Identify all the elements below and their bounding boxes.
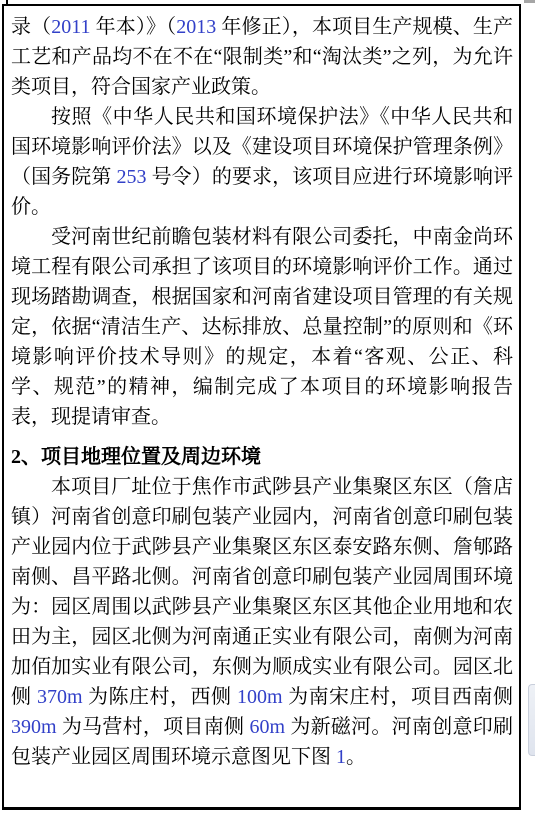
numeric-text: 60m (250, 716, 286, 738)
text-run: 受河南世纪前瞻包装材料有限公司委托，中南金尚环境工程有限公司承担了该项目的环境影… (11, 226, 513, 428)
paragraph: 录（2011 年本）》（2013 年修正），本项目生产规模、生产工艺和产品均不在… (11, 12, 513, 102)
text-run: 本项目厂址位于焦作市武陟县产业集聚区东区（詹店镇）河南省创意印刷包装产业园内，河… (11, 476, 513, 708)
numeric-text: 390m (11, 716, 57, 738)
report-table-cell: 录（2011 年本）》（2013 年修正），本项目生产规模、生产工艺和产品均不在… (2, 4, 521, 810)
paragraph: 本项目厂址位于焦作市武陟县产业集聚区东区（詹店镇）河南省创意印刷包装产业园内，河… (11, 472, 513, 772)
text-run: 2、项目地理位置及周边环境 (11, 446, 261, 468)
text-run: 。 (346, 746, 366, 768)
scrollbar-track-fragment (524, 0, 535, 3)
scrollbar-thumb[interactable] (528, 684, 535, 756)
document-body: 录（2011 年本）》（2013 年修正），本项目生产规模、生产工艺和产品均不在… (4, 6, 519, 772)
paragraph: 按照《中华人民共和国环境保护法》《中华人民共和国环境影响评价法》以及《建设项目环… (11, 102, 513, 222)
numeric-text: 2013 (176, 16, 216, 38)
numeric-text: 100m (237, 686, 283, 708)
section-heading: 2、项目地理位置及周边环境 (11, 442, 513, 472)
paragraph: 受河南世纪前瞻包装材料有限公司委托，中南金尚环境工程有限公司承担了该项目的环境影… (11, 222, 513, 432)
text-run: 年本）》（ (91, 16, 177, 38)
numeric-text: 2011 (51, 16, 90, 38)
numeric-text: 1 (336, 746, 346, 768)
text-run: 为马营村，项目南侧 (57, 716, 250, 738)
numeric-text: 253 (117, 166, 147, 188)
text-run: 为南宋庄村，项目西南侧 (283, 686, 513, 708)
numeric-text: 370m (37, 686, 83, 708)
text-run: 为陈庄村，西侧 (83, 686, 237, 708)
text-run: 录（ (11, 16, 51, 38)
